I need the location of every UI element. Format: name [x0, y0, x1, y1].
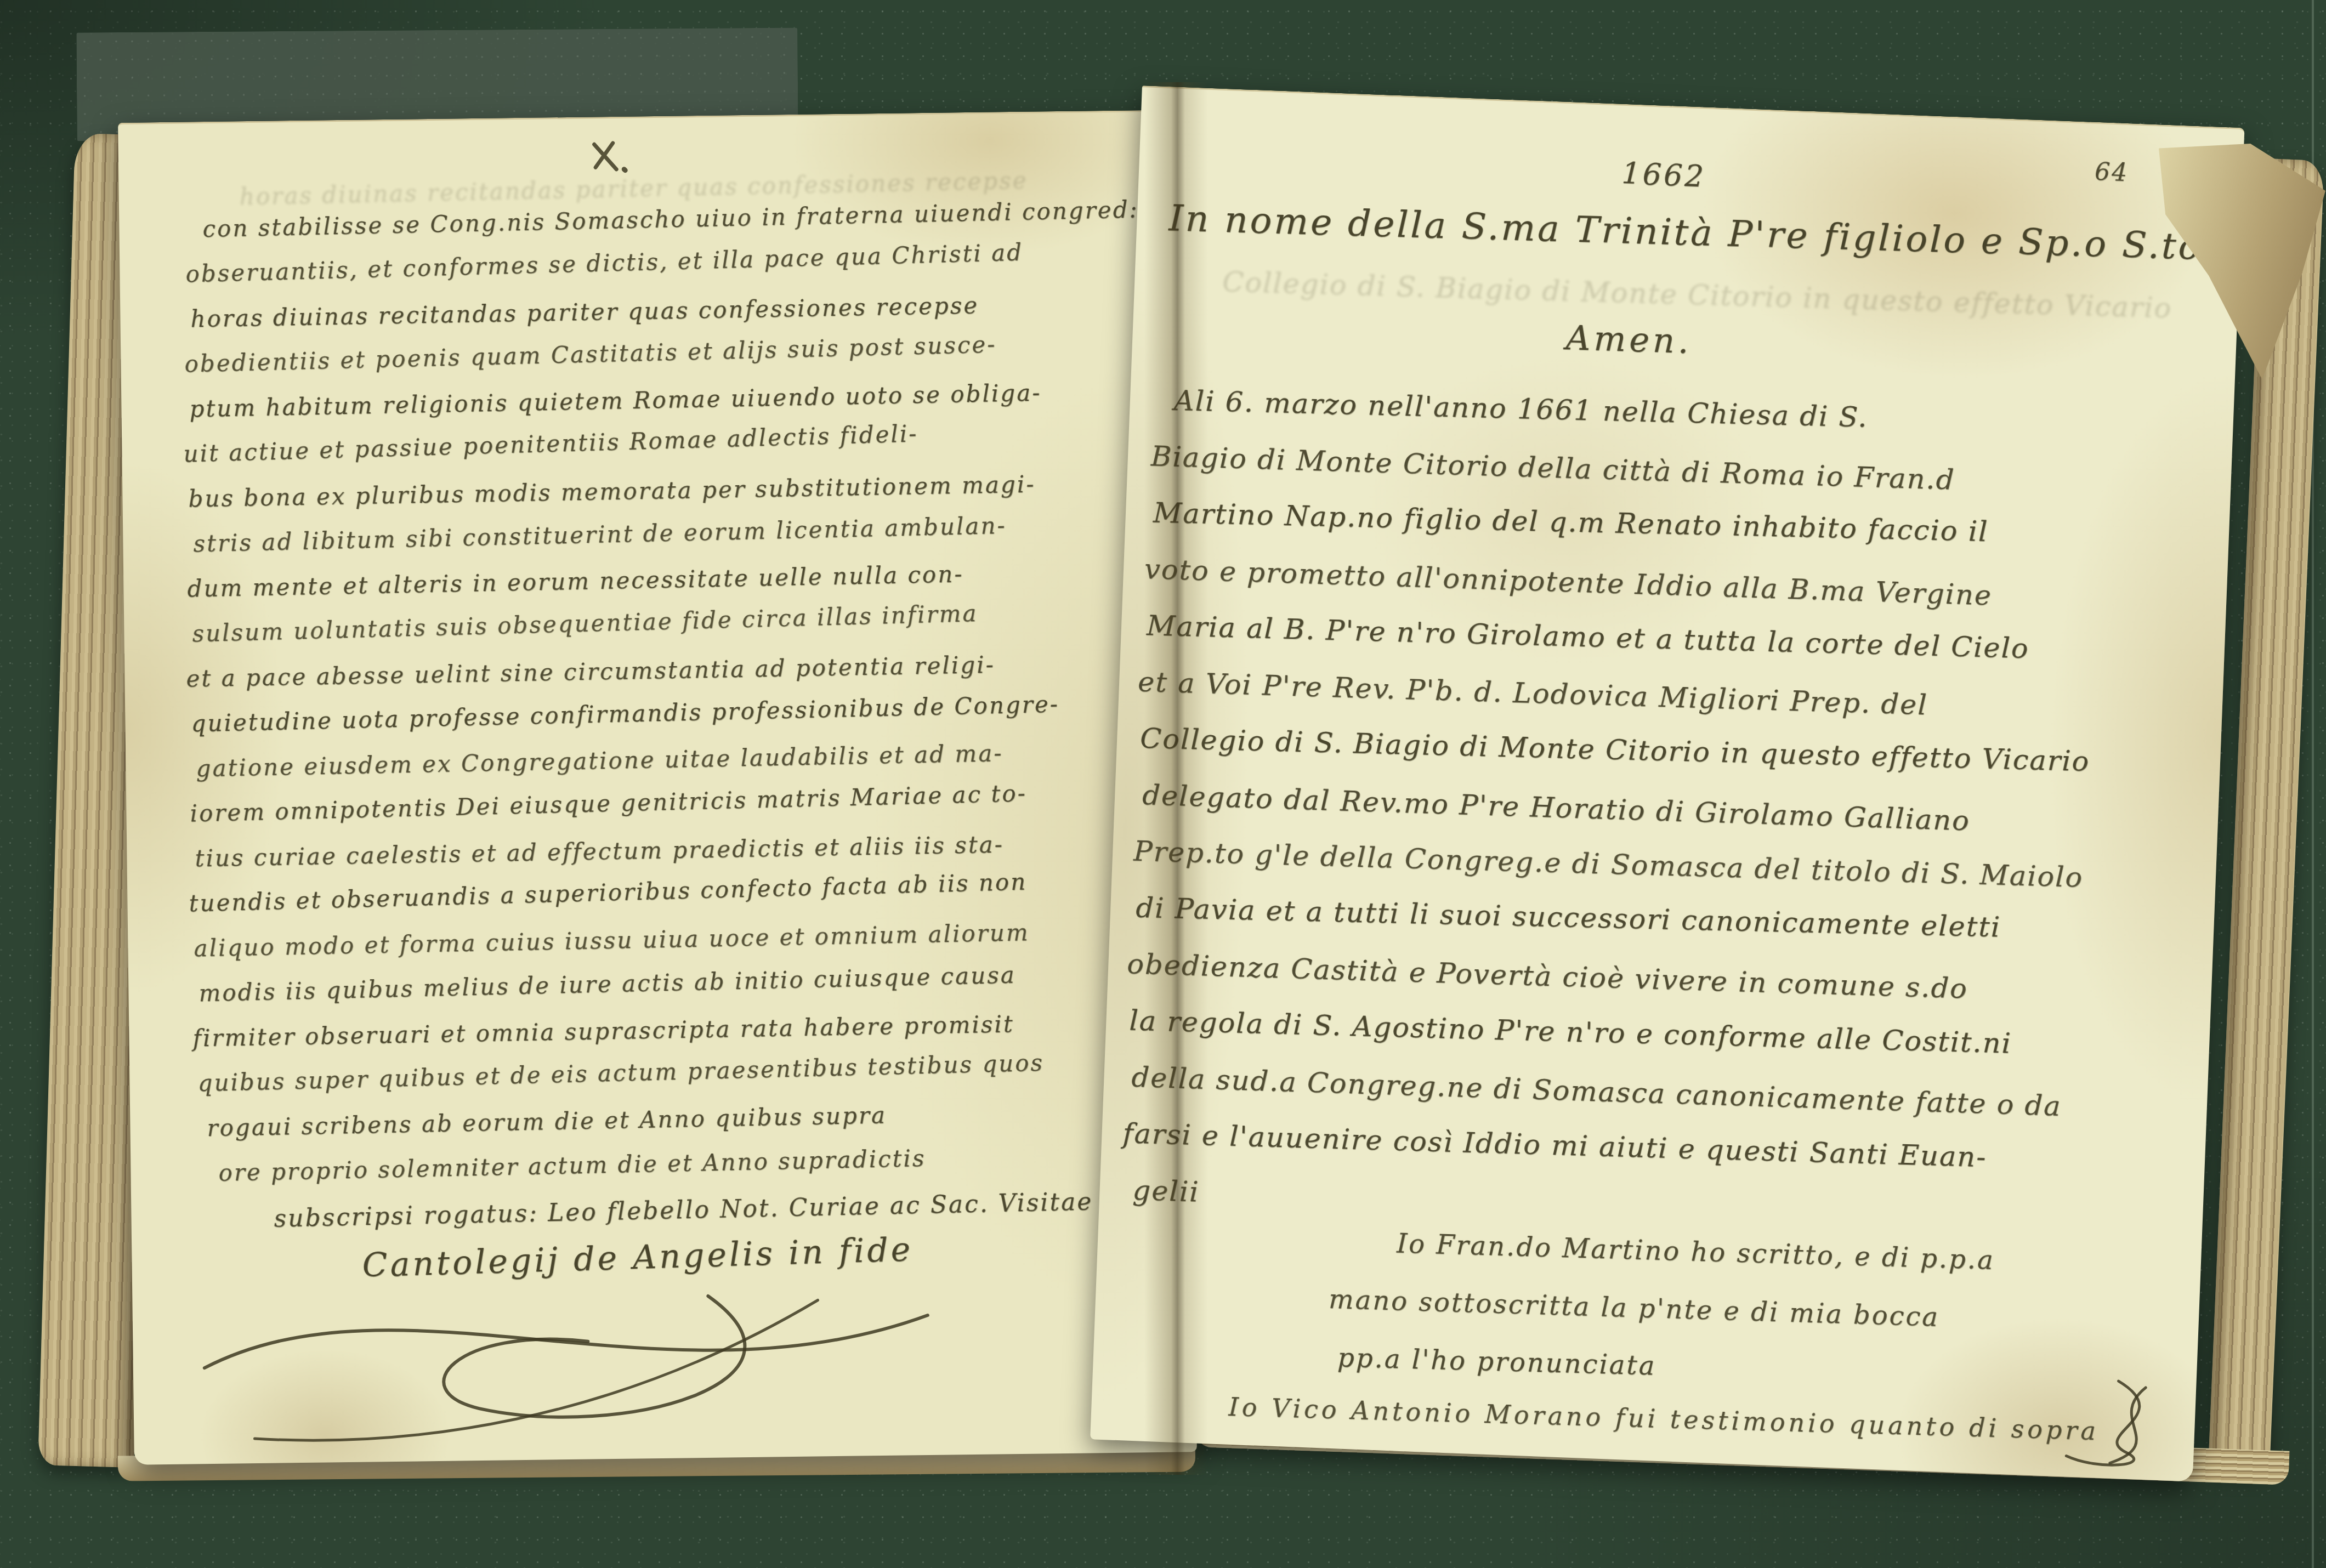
manuscript-line: Ali 6. marzo nell'anno 1661 nella Chiesa… — [1173, 385, 1868, 434]
manuscript-line: la regola di S. Agostino P're n'ro e con… — [1129, 1004, 2012, 1060]
manuscript-line: rogaui scribens ab eorum die et Anno qui… — [207, 1101, 887, 1141]
left-page-verso: horas diuinas recitandas pariter quas co… — [118, 110, 1197, 1464]
manuscript-line: obedientiis et poenis quam Castitatis et… — [184, 331, 997, 377]
manuscript-line: Biagio di Monte Citorio della città di R… — [1150, 440, 1955, 496]
manuscript-line: tuendis et obseruandis a superioribus co… — [189, 868, 1028, 917]
manuscript-line: Collegio di S. Biagio di Monte Citorio i… — [1140, 723, 2090, 778]
manuscript-line: delegato dal Rev.mo P're Horatio di Giro… — [1142, 779, 1970, 837]
invocation-heading: In nome della S.ma Trinità P're figliolo… — [1168, 197, 2203, 268]
notary-closing-line: subscripsi rogatus: Leo flebello Not. Cu… — [274, 1186, 1163, 1233]
manuscript-line: firmiter obseruari et omnia suprascripta… — [192, 1010, 1014, 1052]
year-heading: 1662 — [1621, 156, 1706, 194]
manuscript-line: di Pavia et a tutti li suoi successori c… — [1136, 892, 2001, 944]
notary-signature: Cantolegij de Angelis in fide — [362, 1230, 914, 1285]
manuscript-line: voto e prometto all'onnipotente Iddio al… — [1144, 553, 1993, 612]
manuscript-line: modis iis quibus melius de iure actis ab… — [198, 961, 1016, 1007]
manuscript-line: quibus super quibus et de eis actum prae… — [197, 1049, 1045, 1097]
bleed-through-line: Collegio di S. Biagio di Monte Citorio i… — [1222, 266, 2172, 325]
manuscript-line: et a pace abesse uelint sine circumstant… — [186, 651, 995, 692]
attestation-line: pp.a l'ho pronunciata — [1337, 1342, 1656, 1381]
manuscript-line: gatione eiusdem ex Congregatione uitae l… — [196, 740, 1003, 782]
manuscript-line: Martino Nap.no figlio del q.m Renato inh… — [1153, 497, 1989, 548]
manuscript-line: ore proprio solemniter actum die et Anno… — [218, 1145, 926, 1186]
attestation-line: Io Fran.do Martino ho scritto, e di p.p.… — [1396, 1228, 1995, 1275]
amen-line: Amen. — [1565, 317, 1693, 361]
manuscript-line: uit actiue et passiue poenitentiis Romae… — [183, 420, 918, 467]
manuscript-line: gelii — [1132, 1174, 1200, 1209]
pen-flourish-icon — [171, 1276, 1017, 1462]
attestation-line: mano sottoscritta la p'nte e di mia bocc… — [1328, 1284, 1939, 1333]
manuscript-line: horas diuinas recitandas pariter quas co… — [190, 292, 979, 332]
folio-number: 64 — [2094, 158, 2129, 187]
manuscript-line: Maria al B. P're n'ro Girolamo et a tutt… — [1146, 610, 2029, 665]
manuscript-line: obseruantiis, et conformes se dictis, et… — [185, 238, 1024, 287]
witness-line: Io Vico Antonio Morano fui testimonio qu… — [1228, 1392, 2100, 1446]
manuscript-line: bus bona ex pluribus modis memorata per … — [188, 470, 1036, 512]
manuscript-line: aliquo modo et forma cuius iussu uiua uo… — [194, 919, 1030, 962]
photograph-of-manuscript: { "meta": { "description": "Photograph o… — [0, 0, 2326, 1568]
manuscript-line: sulsum uoluntatis suis obsequentiae fide… — [192, 600, 978, 647]
manuscript-line: farsi e l'auuenire così Iddio mi aiuti e… — [1122, 1117, 1987, 1174]
manuscript-line: obedienza Castità e Povertà cioè vivere … — [1127, 948, 1968, 1005]
manuscript-line: ptum habitum religionis quietem Romae ui… — [189, 379, 1042, 423]
manuscript-line: Prep.to g'le della Congreg.e di Somasca … — [1133, 835, 2084, 894]
manuscript-line: dum mente et alteris in eorum necessitat… — [187, 560, 964, 602]
manuscript-line: et a Voi P're Rev. P'b. d. Lodovica Migl… — [1137, 666, 1928, 722]
open-manuscript-book: horas diuinas recitandas pariter quas co… — [52, 82, 2295, 1535]
manuscript-line: quietudine uota professe confirmandis pr… — [191, 690, 1059, 737]
manuscript-line: della sud.a Congreg.ne di Somasca canoni… — [1131, 1061, 2062, 1123]
right-page-recto: 1662 64 Collegio di S. Biagio di Monte C… — [1090, 86, 2244, 1481]
manuscript-line: stris ad libitum sibi constituerint de e… — [193, 512, 1007, 558]
manuscript-line: iorem omnipotentis Dei eiusque genitrici… — [190, 780, 1027, 827]
manuscript-line: tius curiae caelestis et ad effectum pra… — [195, 831, 1004, 872]
